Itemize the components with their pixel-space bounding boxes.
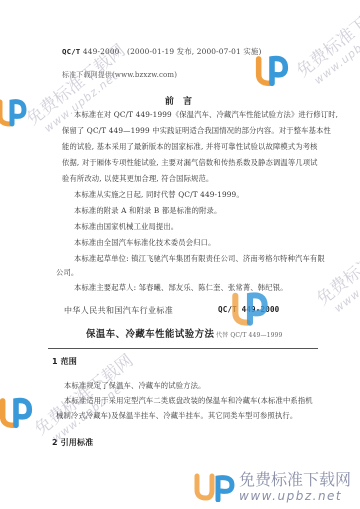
- foreword-title: 前 言: [0, 94, 360, 107]
- foreword-paragraph: 本标准由国家机械工业局提出。: [74, 222, 178, 232]
- watermark-text: 免费标准下载网 www.upbz.net: [310, 217, 360, 320]
- standard-dates: (2000-01-19 发布, 2000-07-01 实施): [127, 47, 261, 56]
- provider-note: 标准下载网提供(www.bzxzw.com): [62, 70, 177, 80]
- replaces-note: 代替 QC/T 449—1999: [216, 330, 282, 339]
- foreword-paragraph: 本标准起草单位: 镇江飞驰汽车集团有限责任公司、济南考格尔特种汽车有限: [74, 254, 325, 264]
- foreword-paragraph: 本标准由全国汽车标准化技术委员会归口。: [74, 238, 216, 248]
- watermark-text: 免费标准下载网 www.upbz.net: [290, 0, 360, 92]
- section-heading-scope: 1 范围: [52, 356, 77, 367]
- footer-watermark-cn: 免费标准下载网: [239, 472, 351, 488]
- banner-org: 中华人民共和国汽车行业标准: [64, 305, 173, 316]
- foreword-paragraph: 验有所改动, 以使其更加合理, 符合国际规范。: [62, 174, 213, 184]
- footer-watermark: 免费标准下载网 www.upbz.net: [192, 472, 351, 502]
- standard-number: 449-2000: [83, 47, 120, 56]
- foreword-paragraph: 本标准的附录 A 和附录 B 都是标准的附录。: [74, 206, 221, 216]
- document-title: 保温车、冷藏车性能试验方法: [86, 326, 214, 340]
- section-paragraph: 本标准适用于采用定型汽车二类底盘改装的保温车和冷藏车(本标准中系指机: [64, 396, 313, 406]
- foreword-paragraph: 本标准从实施之日起, 同时代替 QC/T 449-1999。: [74, 190, 244, 200]
- up-logo-icon: [192, 472, 236, 502]
- banner-code: QC/T 449-2000: [218, 305, 279, 314]
- section-heading-references: 2 引用标准: [52, 437, 93, 448]
- section-paragraph: 本标准规定了保温车、冷藏车的试验方法。: [64, 381, 206, 391]
- foreword-paragraph: 能的试验, 基本采用了最新版本的国家标准, 并将可靠性试验以故障模式为考核: [62, 142, 318, 152]
- standard-header: QC/T 449-2000 (2000-01-19 发布, 2000-07-01…: [62, 46, 261, 57]
- standard-code: QC/T: [62, 47, 80, 56]
- foreword-paragraph: 依据, 对于厢体专项性能试验, 主要对漏气倍数和传热系数及静态调温等几项试: [62, 158, 318, 168]
- foreword-paragraph: 本标准主要起草人: 邹春曦、郜友乐、陈仁奎、张常菁、韩纪银。: [74, 283, 288, 293]
- up-logo-icon: [0, 390, 36, 434]
- foreword-paragraph: 公司。: [56, 268, 78, 278]
- section-paragraph: 械制冷式冷藏车)及保温半挂车、冷藏半挂车。其它同类车型可参照执行。: [56, 411, 297, 421]
- foreword-paragraph: 保留了 QC/T 449—1999 中实践证明适合我国情况的部分内容。对于整车基…: [62, 126, 331, 136]
- footer-watermark-url: www.upbz.net: [239, 490, 351, 502]
- foreword-paragraph: 本标准在对 QC/T 449-1999《保温汽车、冷藏汽车性能试验方法》进行修订…: [74, 110, 338, 120]
- title-divider: [48, 348, 318, 349]
- document-page: QC/T 449-2000 (2000-01-19 发布, 2000-07-01…: [0, 0, 360, 509]
